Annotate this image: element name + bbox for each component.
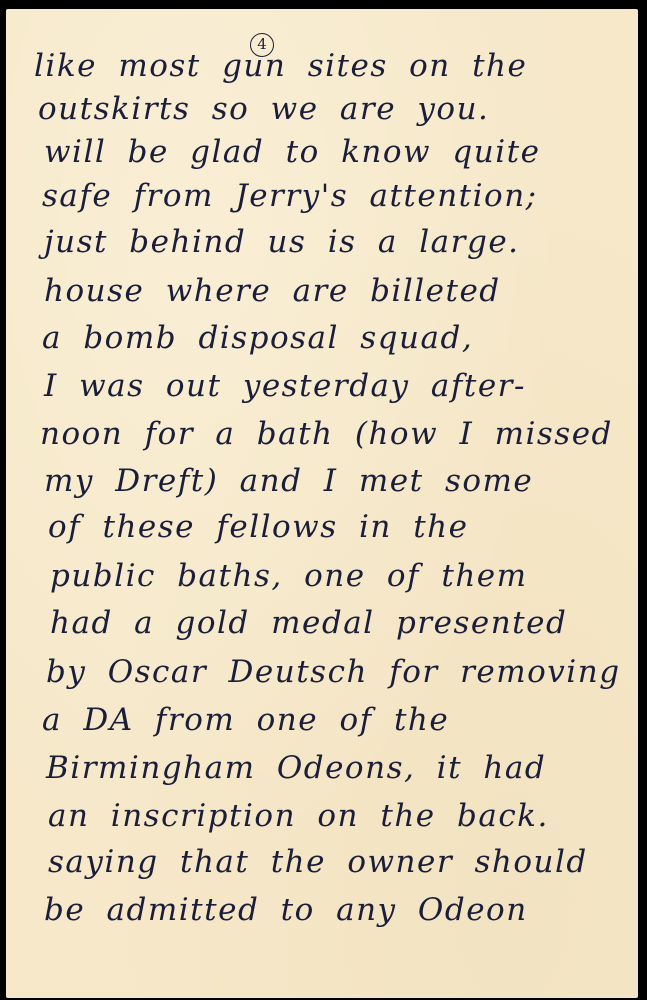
text-line: house where are billeted xyxy=(44,271,501,311)
text-line: like most gun sites on the xyxy=(34,46,527,86)
text-line: just behind us is a large. xyxy=(44,222,520,262)
letter-page: 4 like most gun sites on the outskirts s… xyxy=(6,9,638,998)
text-line: of these fellows in the xyxy=(48,507,468,547)
text-line: had a gold medal presented xyxy=(50,603,567,643)
text-line: my Dreft) and I met some xyxy=(44,461,533,501)
text-line: a DA from one of the xyxy=(42,700,449,740)
text-line: by Oscar Deutsch for removing xyxy=(46,652,621,692)
text-line: be admitted to any Odeon xyxy=(44,890,528,930)
text-line: Birmingham Odeons, it had xyxy=(46,748,546,788)
text-line: public baths, one of them xyxy=(50,556,528,596)
text-line: will be glad to know quite xyxy=(44,132,540,172)
text-line: noon for a bath (how I missed xyxy=(40,414,613,454)
text-line: outskirts so we are you. xyxy=(38,89,489,129)
text-line: I was out yesterday after- xyxy=(44,366,526,406)
handwritten-text-body: like most gun sites on the outskirts so … xyxy=(6,9,638,998)
text-line: safe from Jerry's attention; xyxy=(42,176,538,216)
text-line: saying that the owner should xyxy=(48,842,588,882)
text-line: an inscription on the back. xyxy=(48,796,549,836)
text-line: a bomb disposal squad, xyxy=(42,318,473,358)
